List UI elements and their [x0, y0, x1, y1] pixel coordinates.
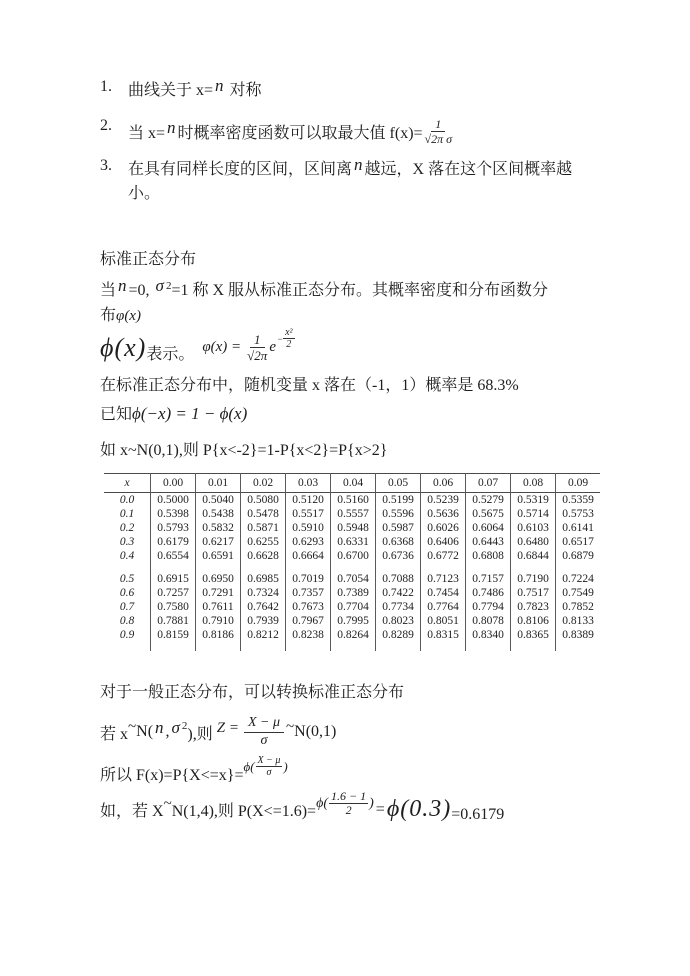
value-cell: 0.7157 — [466, 572, 511, 586]
gap-cell — [151, 642, 196, 651]
probability-example-line: 如 x~N(0,1),则 P{x<-2}=1-P{x<2}=P{x>2} — [100, 439, 602, 463]
text-run: 对称 — [226, 82, 262, 99]
value-cell: 0.8238 — [286, 628, 331, 642]
phi-expression: ϕ( 1.6 − 1 2 ) — [316, 790, 374, 819]
gap-cell — [421, 563, 466, 572]
phi-identity: ϕ(−x) = 1 − ϕ(x) — [132, 404, 247, 423]
value-cell: 0.6700 — [331, 549, 376, 563]
value-cell: 0.5910 — [286, 521, 331, 535]
value-cell: 0.5675 — [466, 507, 511, 521]
text-run: 当n=0, σ2=1 称 X 服从标准正态分布。其概率密度和分布函数分 — [100, 278, 602, 304]
gap-cell — [421, 642, 466, 651]
value-cell: 0.5478 — [241, 507, 286, 521]
value-cell: 0.8023 — [376, 614, 421, 628]
list-item-1: 1. 曲线关于 x=n 对称 — [100, 78, 602, 103]
value-cell: 0.7611 — [196, 600, 241, 614]
value-cell: 0.7190 — [511, 572, 556, 586]
text-run: 在具有同样长度的区间，区间离n越远，X 落在这个区间概率越 — [128, 157, 572, 182]
value-cell: 0.6103 — [511, 521, 556, 535]
table-row: 0.40.65540.65910.66280.66640.67000.67360… — [104, 549, 600, 563]
value-cell: 0.8289 — [376, 628, 421, 642]
value-cell: 0.6141 — [556, 521, 601, 535]
euler-e: e — [269, 339, 276, 356]
value-cell: 0.7794 — [466, 600, 511, 614]
table-row: 0.60.72570.72910.73240.73570.73890.74220… — [104, 586, 600, 600]
row-label-cell: 0.4 — [104, 549, 151, 563]
value-cell: 0.6844 — [511, 549, 556, 563]
value-cell: 0.6517 — [556, 535, 601, 549]
density-lhs: φ(x) = — [202, 339, 241, 356]
value-cell: 0.6736 — [376, 549, 421, 563]
value-cell: 0.7088 — [376, 572, 421, 586]
value-cell: 0.7642 — [241, 600, 286, 614]
worked-example-line: 如，若 X ~ N(1,4),则 P(X<=1.6)= ϕ( 1.6 − 1 2… — [100, 796, 602, 825]
phi-close: ) — [369, 796, 374, 812]
value-cell: 0.7486 — [466, 586, 511, 600]
value-cell: 0.6915 — [151, 572, 196, 586]
row-label-cell: 0.1 — [104, 507, 151, 521]
big-phi-result: ϕ(0.3) — [387, 796, 451, 823]
table-row: 0.80.78810.79100.79390.79670.79950.80230… — [104, 614, 600, 628]
value-cell: 0.8315 — [421, 628, 466, 642]
value-cell: 0.7939 — [241, 614, 286, 628]
value-cell: 0.7910 — [196, 614, 241, 628]
value-cell: 0.6554 — [151, 549, 196, 563]
table-header-cell: 0.05 — [376, 473, 421, 492]
table-row: 0.20.57930.58320.58710.59100.59480.59870… — [104, 521, 600, 535]
list-text: 曲线关于 x=n 对称 — [128, 78, 262, 103]
mu-variable: n — [153, 718, 166, 738]
value-cell: 0.6255 — [241, 535, 286, 549]
value-cell: 0.5987 — [376, 521, 421, 535]
table-row: 0.50.69150.69500.69850.70190.70540.70880… — [104, 572, 600, 586]
table-header-cell: 0.01 — [196, 473, 241, 492]
value-cell: 0.5714 — [511, 507, 556, 521]
text-run: 当 x= — [128, 120, 165, 143]
table-row: 0.30.61790.62170.62550.62930.63310.63680… — [104, 535, 600, 549]
value-cell: 0.8365 — [511, 628, 556, 642]
row-label-cell: 0.5 — [104, 572, 151, 586]
value-cell: 0.7704 — [331, 600, 376, 614]
value-cell: 0.6628 — [241, 549, 286, 563]
value-cell: 0.7054 — [331, 572, 376, 586]
tilde-distributed: ~ — [164, 796, 172, 813]
value-cell: 0.6293 — [286, 535, 331, 549]
text-run: =1 称 X 服从标准正态分布。其概率密度和分布函数分 — [171, 282, 548, 299]
value-cell: 0.8159 — [151, 628, 196, 642]
value-cell: 0.5040 — [196, 492, 241, 507]
text-run: 曲线关于 x= — [128, 82, 213, 99]
z-table: x0.000.010.020.030.040.050.060.070.080.0… — [104, 473, 600, 651]
gap-cell — [286, 563, 331, 572]
phi-open: ϕ( — [316, 796, 328, 812]
value-cell: 0.8133 — [556, 614, 601, 628]
text-run: 小。 — [128, 182, 572, 206]
gap-cell — [331, 563, 376, 572]
value-cell: 0.6664 — [286, 549, 331, 563]
value-cell: 0.7224 — [556, 572, 601, 586]
value-cell: 0.7823 — [511, 600, 556, 614]
value-cell: 0.5517 — [286, 507, 331, 521]
fraction-denominator: σ — [261, 733, 268, 750]
table-header-cell: 0.02 — [241, 473, 286, 492]
value-cell: 0.6480 — [511, 535, 556, 549]
mu-variable: n — [213, 76, 226, 95]
table-row: 0.90.81590.81860.82120.82380.82640.82890… — [104, 628, 600, 642]
text-run: N(0,1) — [294, 723, 336, 741]
text-run: N(1,4),则 P(X<=1.6)= — [172, 798, 316, 821]
value-cell: 0.6808 — [466, 549, 511, 563]
row-label-cell: 0.6 — [104, 586, 151, 600]
z-table-head: x0.000.010.020.030.040.050.060.070.080.0… — [104, 473, 600, 492]
text-run: 已知 — [100, 406, 132, 423]
value-cell: 0.8186 — [196, 628, 241, 642]
value-cell: 0.7580 — [151, 600, 196, 614]
value-cell: 0.7764 — [421, 600, 466, 614]
list-text: 在具有同样长度的区间，区间离n越远，X 落在这个区间概率越 小。 — [128, 157, 572, 206]
tilde-distributed: ~ — [286, 719, 294, 736]
list-number: 3. — [100, 157, 128, 175]
fraction: 1 √2π σ — [425, 117, 453, 147]
fraction-denominator: √2π σ — [425, 132, 453, 146]
value-cell: 0.5000 — [151, 492, 196, 507]
text-run: 布 — [100, 307, 116, 324]
value-cell: 0.8212 — [241, 628, 286, 642]
gap-cell — [241, 563, 286, 572]
gap-cell — [466, 642, 511, 651]
z-transform-line: 若 x ~ N( n , σ 2 ),则 Z = X − μ σ ~ N(0,1… — [100, 715, 602, 750]
phi-of-x: φ(x) — [116, 308, 141, 324]
value-cell: 0.7422 — [376, 586, 421, 600]
sigma-variable: σ — [170, 718, 182, 738]
table-group-gap — [104, 642, 600, 651]
fraction-denominator: σ — [267, 767, 272, 779]
value-cell: 0.7517 — [511, 586, 556, 600]
superscript: 2 — [166, 280, 172, 292]
list-item-2: 2. 当 x=n 时概率密度函数可以取最大值 f(x)= 1 √2π σ — [100, 117, 602, 147]
text-run: ),则 — [187, 721, 212, 744]
value-cell: 0.8264 — [331, 628, 376, 642]
fraction-numerator: 1 — [431, 117, 445, 132]
value-cell: 0.5596 — [376, 507, 421, 521]
document-page: 1. 曲线关于 x=n 对称 2. 当 x=n 时概率密度函数可以取最大值 f(… — [0, 0, 690, 824]
fraction-numerator: X − μ — [256, 755, 283, 768]
general-section-title: 对于一般正态分布，可以转换标准正态分布 — [100, 681, 602, 705]
value-cell: 0.6026 — [421, 521, 466, 535]
text-run: 表示。 — [146, 341, 194, 364]
cdf-line: 所以 F(x)=P{X<=x}= ϕ( X − μ σ ) — [100, 762, 602, 786]
value-cell: 0.7123 — [421, 572, 466, 586]
value-cell: 0.7734 — [376, 600, 421, 614]
value-cell: 0.6591 — [196, 549, 241, 563]
table-header-cell: 0.07 — [466, 473, 511, 492]
gap-cell — [104, 563, 151, 572]
table-row: 0.00.50000.50400.50800.51200.51600.51990… — [104, 492, 600, 507]
fraction: 1 √2π — [247, 332, 267, 364]
fraction-numerator: 1 — [250, 332, 265, 349]
fraction-numerator: 1.6 − 1 — [329, 790, 368, 805]
text-run: N( — [136, 723, 153, 741]
table-header-cell: 0.09 — [556, 473, 601, 492]
text-run: 布φ(x) — [100, 304, 602, 328]
equals-sign: = — [376, 801, 385, 819]
paragraph-std-normal: 当n=0, σ2=1 称 X 服从标准正态分布。其概率密度和分布函数分 布φ(x… — [100, 278, 602, 328]
exponent: − x² 2 — [277, 327, 295, 351]
value-cell: 0.6331 — [331, 535, 376, 549]
value-cell: 0.7357 — [286, 586, 331, 600]
z-equals: Z = — [217, 720, 239, 737]
gap-cell — [511, 642, 556, 651]
text-run: 当 — [100, 282, 116, 299]
fraction-denominator: 2 — [346, 804, 352, 818]
value-cell: 0.6179 — [151, 535, 196, 549]
value-cell: 0.7454 — [421, 586, 466, 600]
list-number: 2. — [100, 117, 128, 135]
table-group-gap — [104, 563, 600, 572]
section-title: 标准正态分布 — [100, 248, 602, 272]
gap-cell — [511, 563, 556, 572]
gap-cell — [196, 563, 241, 572]
value-cell: 0.5080 — [241, 492, 286, 507]
value-cell: 0.5120 — [286, 492, 331, 507]
table-header-row: x0.000.010.020.030.040.050.060.070.080.0… — [104, 473, 600, 492]
value-cell: 0.6985 — [241, 572, 286, 586]
result-value: =0.6179 — [451, 806, 504, 824]
value-cell: 0.5557 — [331, 507, 376, 521]
fraction: X − μ σ — [244, 715, 284, 750]
mu-variable: n — [352, 155, 365, 174]
list-text: 当 x=n 时概率密度函数可以取最大值 f(x)= 1 √2π σ — [128, 117, 454, 147]
text-run: 在具有同样长度的区间，区间离 — [128, 161, 352, 178]
value-cell: 0.8340 — [466, 628, 511, 642]
row-label-cell: 0.7 — [104, 600, 151, 614]
sigma-variable: σ — [154, 276, 166, 295]
gap-cell — [376, 563, 421, 572]
value-cell: 0.7995 — [331, 614, 376, 628]
value-cell: 0.6879 — [556, 549, 601, 563]
text-run: 所以 F(x)=P{X<=x}= — [100, 762, 243, 785]
table-header-x: x — [104, 473, 151, 492]
value-cell: 0.6772 — [421, 549, 466, 563]
big-phi-of-x: ϕ(x) — [100, 333, 146, 363]
row-label-cell: 0.2 — [104, 521, 151, 535]
value-cell: 0.5319 — [511, 492, 556, 507]
table-header-cell: 0.04 — [331, 473, 376, 492]
value-cell: 0.7019 — [286, 572, 331, 586]
value-cell: 0.7291 — [196, 586, 241, 600]
value-cell: 0.5398 — [151, 507, 196, 521]
fraction: 1.6 − 1 2 — [329, 790, 368, 819]
mu-variable: n — [116, 276, 129, 295]
probability-statement: 在标准正态分布中，随机变量 x 落在（-1，1）概率是 68.3% — [100, 374, 602, 398]
value-cell: 0.6406 — [421, 535, 466, 549]
text-run: 若 x — [100, 721, 128, 744]
gap-cell — [556, 642, 601, 651]
table-row: 0.70.75800.76110.76420.76730.77040.77340… — [104, 600, 600, 614]
value-cell: 0.7852 — [556, 600, 601, 614]
text-run: 越远，X 落在这个区间概率越 — [365, 161, 573, 178]
phi-expression: ϕ( X − μ σ ) — [243, 755, 287, 779]
gap-cell — [331, 642, 376, 651]
list-number: 1. — [100, 78, 128, 96]
z-table-body: 0.00.50000.50400.50800.51200.51600.51990… — [104, 492, 600, 651]
row-label-cell: 0.3 — [104, 535, 151, 549]
value-cell: 0.5359 — [556, 492, 601, 507]
table-header-cell: 0.06 — [421, 473, 466, 492]
gap-cell — [466, 563, 511, 572]
fraction: X − μ σ — [256, 755, 283, 779]
phi-definition-line: ϕ(x) 表示。 φ(x) = 1 √2π e − x² 2 — [100, 332, 602, 364]
value-cell: 0.7389 — [331, 586, 376, 600]
value-cell: 0.8389 — [556, 628, 601, 642]
value-cell: 0.6950 — [196, 572, 241, 586]
text-run: 如，若 X — [100, 798, 164, 821]
table-header-cell: 0.03 — [286, 473, 331, 492]
symmetry-identity-line: 已知ϕ(−x) = 1 − ϕ(x) — [100, 402, 602, 427]
value-cell: 0.8106 — [511, 614, 556, 628]
value-cell: 0.5948 — [331, 521, 376, 535]
row-label-cell: 0.8 — [104, 614, 151, 628]
list-item-3: 3. 在具有同样长度的区间，区间离n越远，X 落在这个区间概率越 小。 — [100, 157, 602, 206]
value-cell: 0.5279 — [466, 492, 511, 507]
value-cell: 0.7549 — [556, 586, 601, 600]
text-run: 时概率密度函数可以取最大值 f(x)= — [178, 120, 423, 143]
phi-open: ϕ( — [243, 759, 254, 775]
value-cell: 0.7881 — [151, 614, 196, 628]
value-cell: 0.6217 — [196, 535, 241, 549]
row-label-cell: 0.9 — [104, 628, 151, 642]
superscript: 2 — [182, 720, 188, 732]
value-cell: 0.5160 — [331, 492, 376, 507]
fraction-numerator: x² — [283, 327, 294, 340]
text-run: =0, — [129, 282, 154, 299]
value-cell: 0.8051 — [421, 614, 466, 628]
value-cell: 0.8078 — [466, 614, 511, 628]
gap-cell — [196, 642, 241, 651]
value-cell: 0.7257 — [151, 586, 196, 600]
value-cell: 0.5199 — [376, 492, 421, 507]
value-cell: 0.5438 — [196, 507, 241, 521]
value-cell: 0.7673 — [286, 600, 331, 614]
value-cell: 0.5871 — [241, 521, 286, 535]
value-cell: 0.7324 — [241, 586, 286, 600]
gap-cell — [376, 642, 421, 651]
value-cell: 0.6443 — [466, 535, 511, 549]
gap-cell — [104, 642, 151, 651]
table-row: 0.10.53980.54380.54780.55170.55570.55960… — [104, 507, 600, 521]
value-cell: 0.5753 — [556, 507, 601, 521]
mu-variable: n — [165, 118, 178, 138]
gap-cell — [556, 563, 601, 572]
row-label-cell: 0.0 — [104, 492, 151, 507]
fraction: x² 2 — [283, 327, 294, 351]
fraction-numerator: X − μ — [244, 715, 284, 733]
gap-cell — [151, 563, 196, 572]
value-cell: 0.7967 — [286, 614, 331, 628]
fraction-denominator: 2 — [286, 339, 291, 351]
table-header-cell: 0.08 — [511, 473, 556, 492]
value-cell: 0.5832 — [196, 521, 241, 535]
value-cell: 0.5636 — [421, 507, 466, 521]
gap-cell — [286, 642, 331, 651]
value-cell: 0.5239 — [421, 492, 466, 507]
gap-cell — [241, 642, 286, 651]
table-header-cell: 0.00 — [151, 473, 196, 492]
value-cell: 0.6368 — [376, 535, 421, 549]
tilde-distributed: ~ — [128, 719, 136, 736]
phi-close: ) — [283, 759, 287, 775]
value-cell: 0.6064 — [466, 521, 511, 535]
fraction-denominator: √2π — [247, 348, 267, 364]
value-cell: 0.5793 — [151, 521, 196, 535]
